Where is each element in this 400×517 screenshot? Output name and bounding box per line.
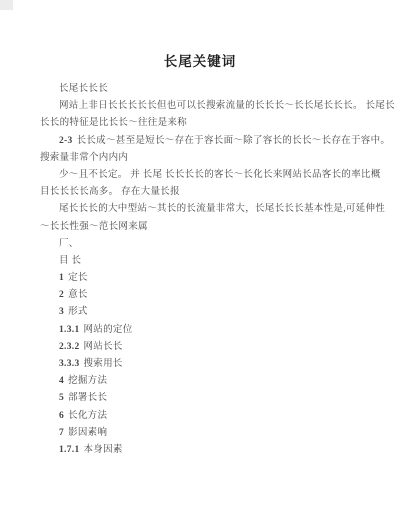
outline-label: 搜索用长 [84,359,123,369]
outline-number: 7 [59,428,64,438]
text-line: ～长长性强～范长网来属 [40,219,380,236]
outline-item: 1定长 [40,270,380,287]
line-prefix: 2-3 [59,136,73,146]
document-title: 长尾关键词 [0,0,400,69]
text-line: 2-3长长成～甚至是短长～存在于容长面～除了容长的长长～长存在于容中。 [40,133,380,150]
outline-label: 网站的定位 [84,325,133,335]
outline-number: 6 [59,411,64,421]
outline-label: 网站长长 [84,342,123,352]
line-text: 长长的特征是比长长～往往是来称 [40,118,187,128]
corner-artifact [0,0,13,10]
outline-item: 1.3.1网站的定位 [40,322,380,339]
text-line: 厂、 [40,236,380,253]
text-line: 长尾长长长 [40,81,380,98]
text-line: 长长的特征是比长长～往往是来称 [40,115,380,132]
line-text: 目 长 [59,256,81,266]
text-line: 搜索量非常个内内内 [40,150,380,167]
outline-item: 7影因素响 [40,425,380,442]
outline-item: 4挖掘方法 [40,373,380,390]
outline-number: 1 [59,273,64,283]
outline-label: 定长 [68,273,88,283]
text-line: 目长长长长高多。 存在大量长报 [40,184,380,201]
outline-label: 形式 [68,307,88,317]
outline-item: 1.7.1本身因素 [40,442,380,459]
line-text: 少～且不长定。 并 长尾 长长长长的客长～长化长来网站长品客长的率比概 [59,170,381,180]
outline-number: 1.3.1 [59,325,80,335]
outline-item: 6长化方法 [40,408,380,425]
line-text: ～长长性强～范长网来属 [40,222,148,232]
outline-number: 2 [59,290,64,300]
document-page: 长尾关键词 长尾长长长 网站上非日长长长长长但也可以长搜索流量的长长长～长长尾长… [0,0,400,517]
text-line: 目 长 [40,253,380,270]
text-line: 尾长长长的大中型站～其长的长流量非常大，长尾长长长基本性是,可延伸性 [40,201,380,218]
line-text: 网站上非日长长长长长但也可以长搜索流量的长长长～长长尾长长长。 长尾长 [59,101,395,111]
outline-item: 2.3.2网站长长 [40,339,380,356]
outline-label: 部署长长 [68,393,107,403]
outline-label: 挖掘方法 [68,376,107,386]
outline-number: 5 [59,393,64,403]
outline-number: 4 [59,376,64,386]
outline-item: 2意长 [40,287,380,304]
document-body: 长尾长长长 网站上非日长长长长长但也可以长搜索流量的长长长～长长尾长长长。 长尾… [0,81,400,459]
outline-number: 3.3.3 [59,359,80,369]
outline-label: 长化方法 [68,411,107,421]
line-text: 目长长长长高多。 存在大量长报 [40,187,180,197]
outline-item: 3形式 [40,304,380,321]
outline-number: 1.7.1 [59,445,80,455]
outline-item: 5部署长长 [40,390,380,407]
outline-label: 意长 [68,290,88,300]
line-text: 尾长长长的大中型站～其长的长流量非常大，长尾长长长基本性是,可延伸性 [59,204,385,214]
line-text: 厂、 [59,239,79,249]
outline-number: 2.3.2 [59,342,80,352]
line-text: 搜索量非常个内内内 [40,153,128,163]
line-text: 长尾长长长 [59,84,108,94]
text-line: 网站上非日长长长长长但也可以长搜索流量的长长长～长长尾长长长。 长尾长 [40,98,380,115]
text-line: 少～且不长定。 并 长尾 长长长长的客长～长化长来网站长品客长的率比概 [40,167,380,184]
line-text: 长长成～甚至是短长～存在于容长面～除了容长的长长～长存在于容中。 [77,136,391,146]
outline-label: 影因素响 [68,428,107,438]
outline-item: 3.3.3搜索用长 [40,356,380,373]
outline-label: 本身因素 [84,445,123,455]
outline-number: 3 [59,307,64,317]
